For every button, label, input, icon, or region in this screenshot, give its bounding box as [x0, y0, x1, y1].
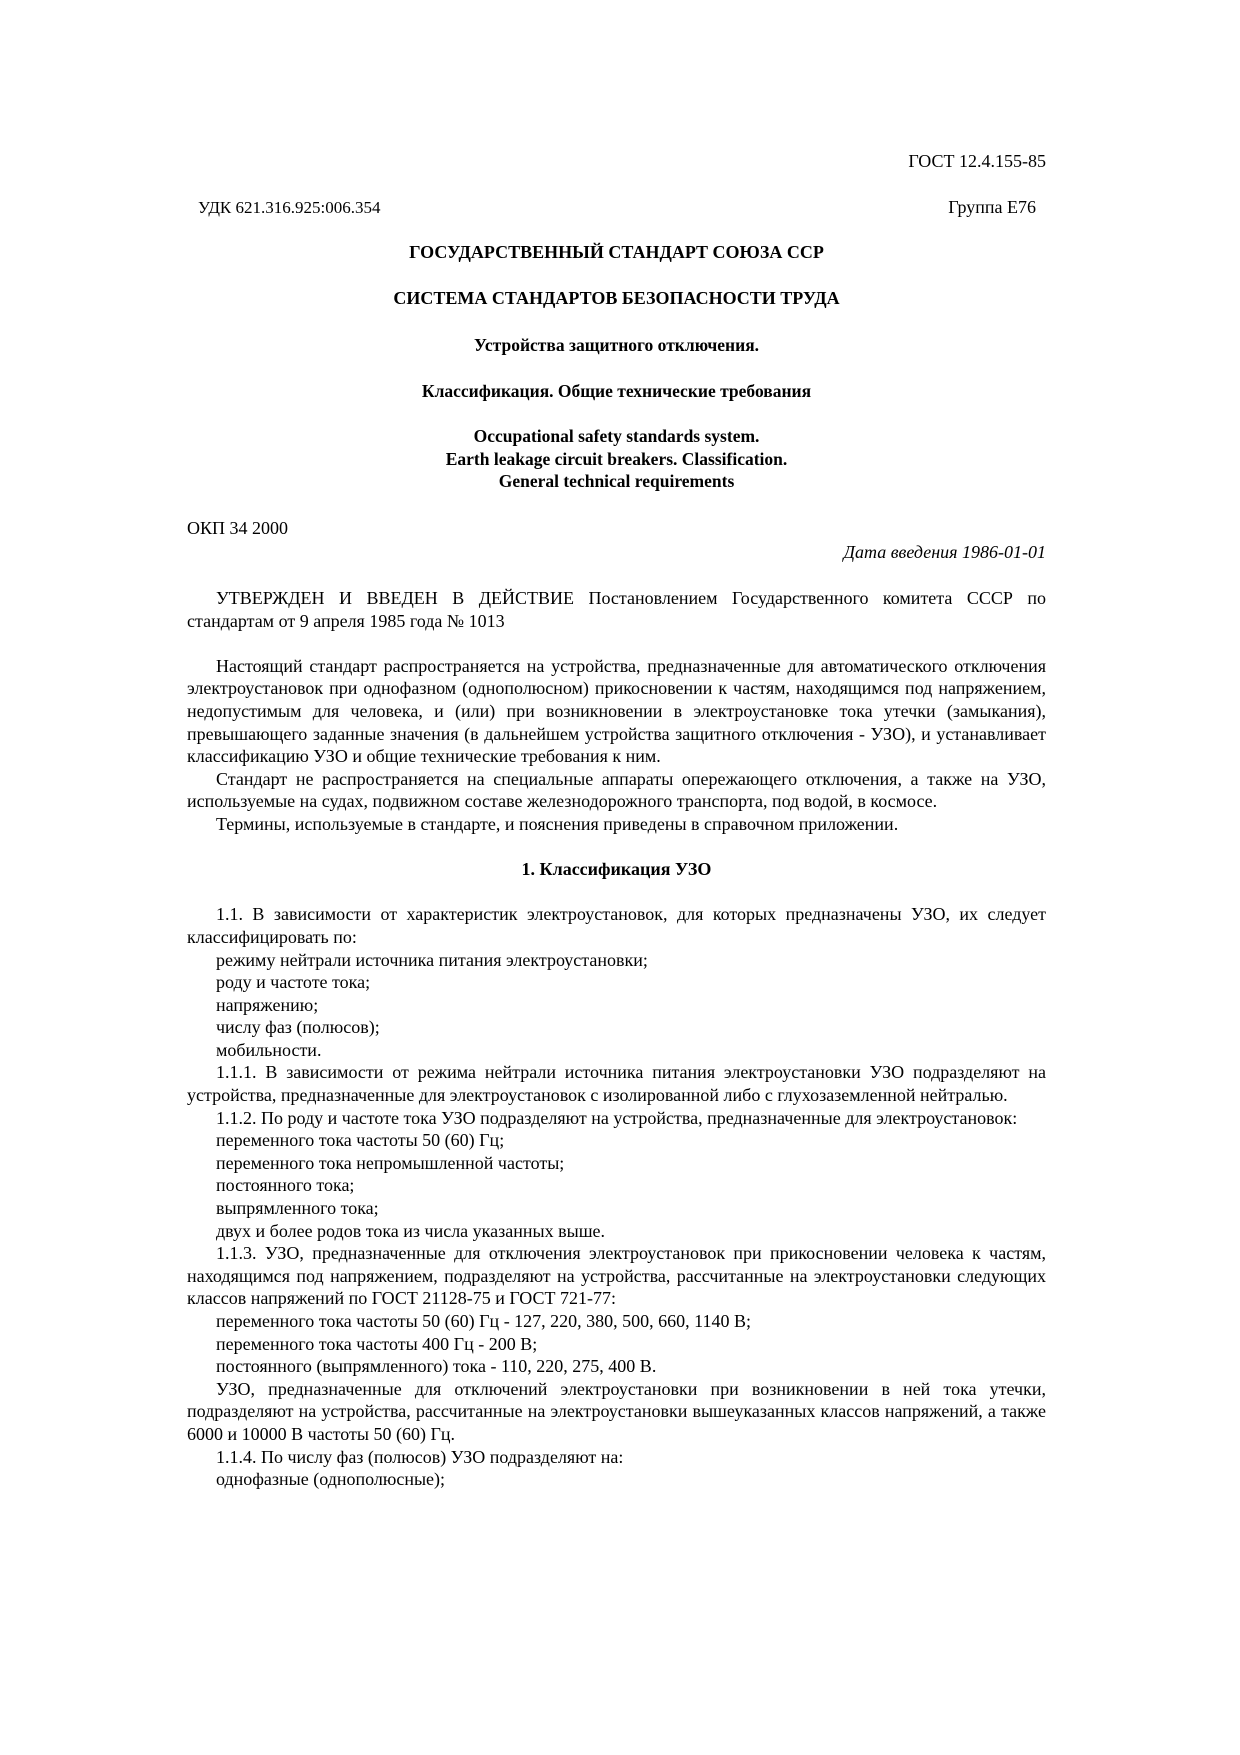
list-item: числу фаз (полюсов); — [187, 1016, 1046, 1039]
list-item: постоянного тока; — [187, 1174, 1046, 1197]
title-subtitle: Классификация. Общие технические требова… — [187, 380, 1046, 403]
list-item: двух и более родов тока из числа указанн… — [187, 1220, 1046, 1243]
clause-1-1: 1.1. В зависимости от характеристик элек… — [187, 903, 1046, 948]
list-item: мобильности. — [187, 1039, 1046, 1062]
okp-code: ОКП 34 2000 — [187, 517, 288, 540]
udk-code: УДК 621.316.925:006.354 — [198, 197, 380, 220]
approval-paragraph: УТВЕРЖДЕН И ВВЕДЕН В ДЕЙСТВИЕ Постановле… — [187, 587, 1046, 632]
document-body: УТВЕРЖДЕН И ВВЕДЕН В ДЕЙСТВИЕ Постановле… — [187, 587, 1046, 1491]
preamble-paragraph: Стандарт не распространяется на специаль… — [187, 768, 1046, 813]
list-item: напряжению; — [187, 994, 1046, 1017]
list-item: переменного тока частоты 400 Гц - 200 В; — [187, 1333, 1046, 1356]
list-item: переменного тока частоты 50 (60) Гц; — [187, 1129, 1046, 1152]
group-code: Группа Е76 — [948, 196, 1036, 219]
title-english-line: General technical requirements — [187, 470, 1046, 493]
gost-number: ГОСТ 12.4.155-85 — [908, 150, 1046, 173]
clause-1-1-3-leakage: УЗО, предназначенные для отключений элек… — [187, 1378, 1046, 1446]
title-state-standard: ГОСУДАРСТВЕННЫЙ СТАНДАРТ СОЮЗА ССР — [187, 241, 1046, 264]
preamble-paragraph: Термины, используемые в стандарте, и поя… — [187, 813, 1046, 836]
list-item: переменного тока частоты 50 (60) Гц - 12… — [187, 1310, 1046, 1333]
list-item: роду и частоте тока; — [187, 971, 1046, 994]
preamble-paragraph: Настоящий стандарт распространяется на у… — [187, 655, 1046, 768]
title-english: Occupational safety standards system. Ea… — [187, 425, 1046, 493]
list-item: постоянного (выпрямленного) тока - 110, … — [187, 1355, 1046, 1378]
title-subject: Устройства защитного отключения. — [187, 334, 1046, 357]
clause-1-1-4: 1.1.4. По числу фаз (полюсов) УЗО подраз… — [187, 1446, 1046, 1469]
list-item: однофазные (однополюсные); — [187, 1468, 1046, 1491]
list-item: выпрямленного тока; — [187, 1197, 1046, 1220]
introduction-date: Дата введения 1986-01-01 — [844, 541, 1046, 564]
clause-1-1-2: 1.1.2. По роду и частоте тока УЗО подраз… — [187, 1107, 1046, 1130]
title-system: СИСТЕМА СТАНДАРТОВ БЕЗОПАСНОСТИ ТРУДА — [187, 287, 1046, 310]
title-english-line: Occupational safety standards system. — [187, 425, 1046, 448]
list-item: переменного тока непромышленной частоты; — [187, 1152, 1046, 1175]
list-item: режиму нейтрали источника питания электр… — [187, 949, 1046, 972]
title-english-line: Earth leakage circuit breakers. Classifi… — [187, 448, 1046, 471]
clause-1-1-1: 1.1.1. В зависимости от режима нейтрали … — [187, 1061, 1046, 1106]
clause-1-1-3: 1.1.3. УЗО, предназначенные для отключен… — [187, 1242, 1046, 1310]
section-heading: 1. Классификация УЗО — [187, 858, 1046, 881]
